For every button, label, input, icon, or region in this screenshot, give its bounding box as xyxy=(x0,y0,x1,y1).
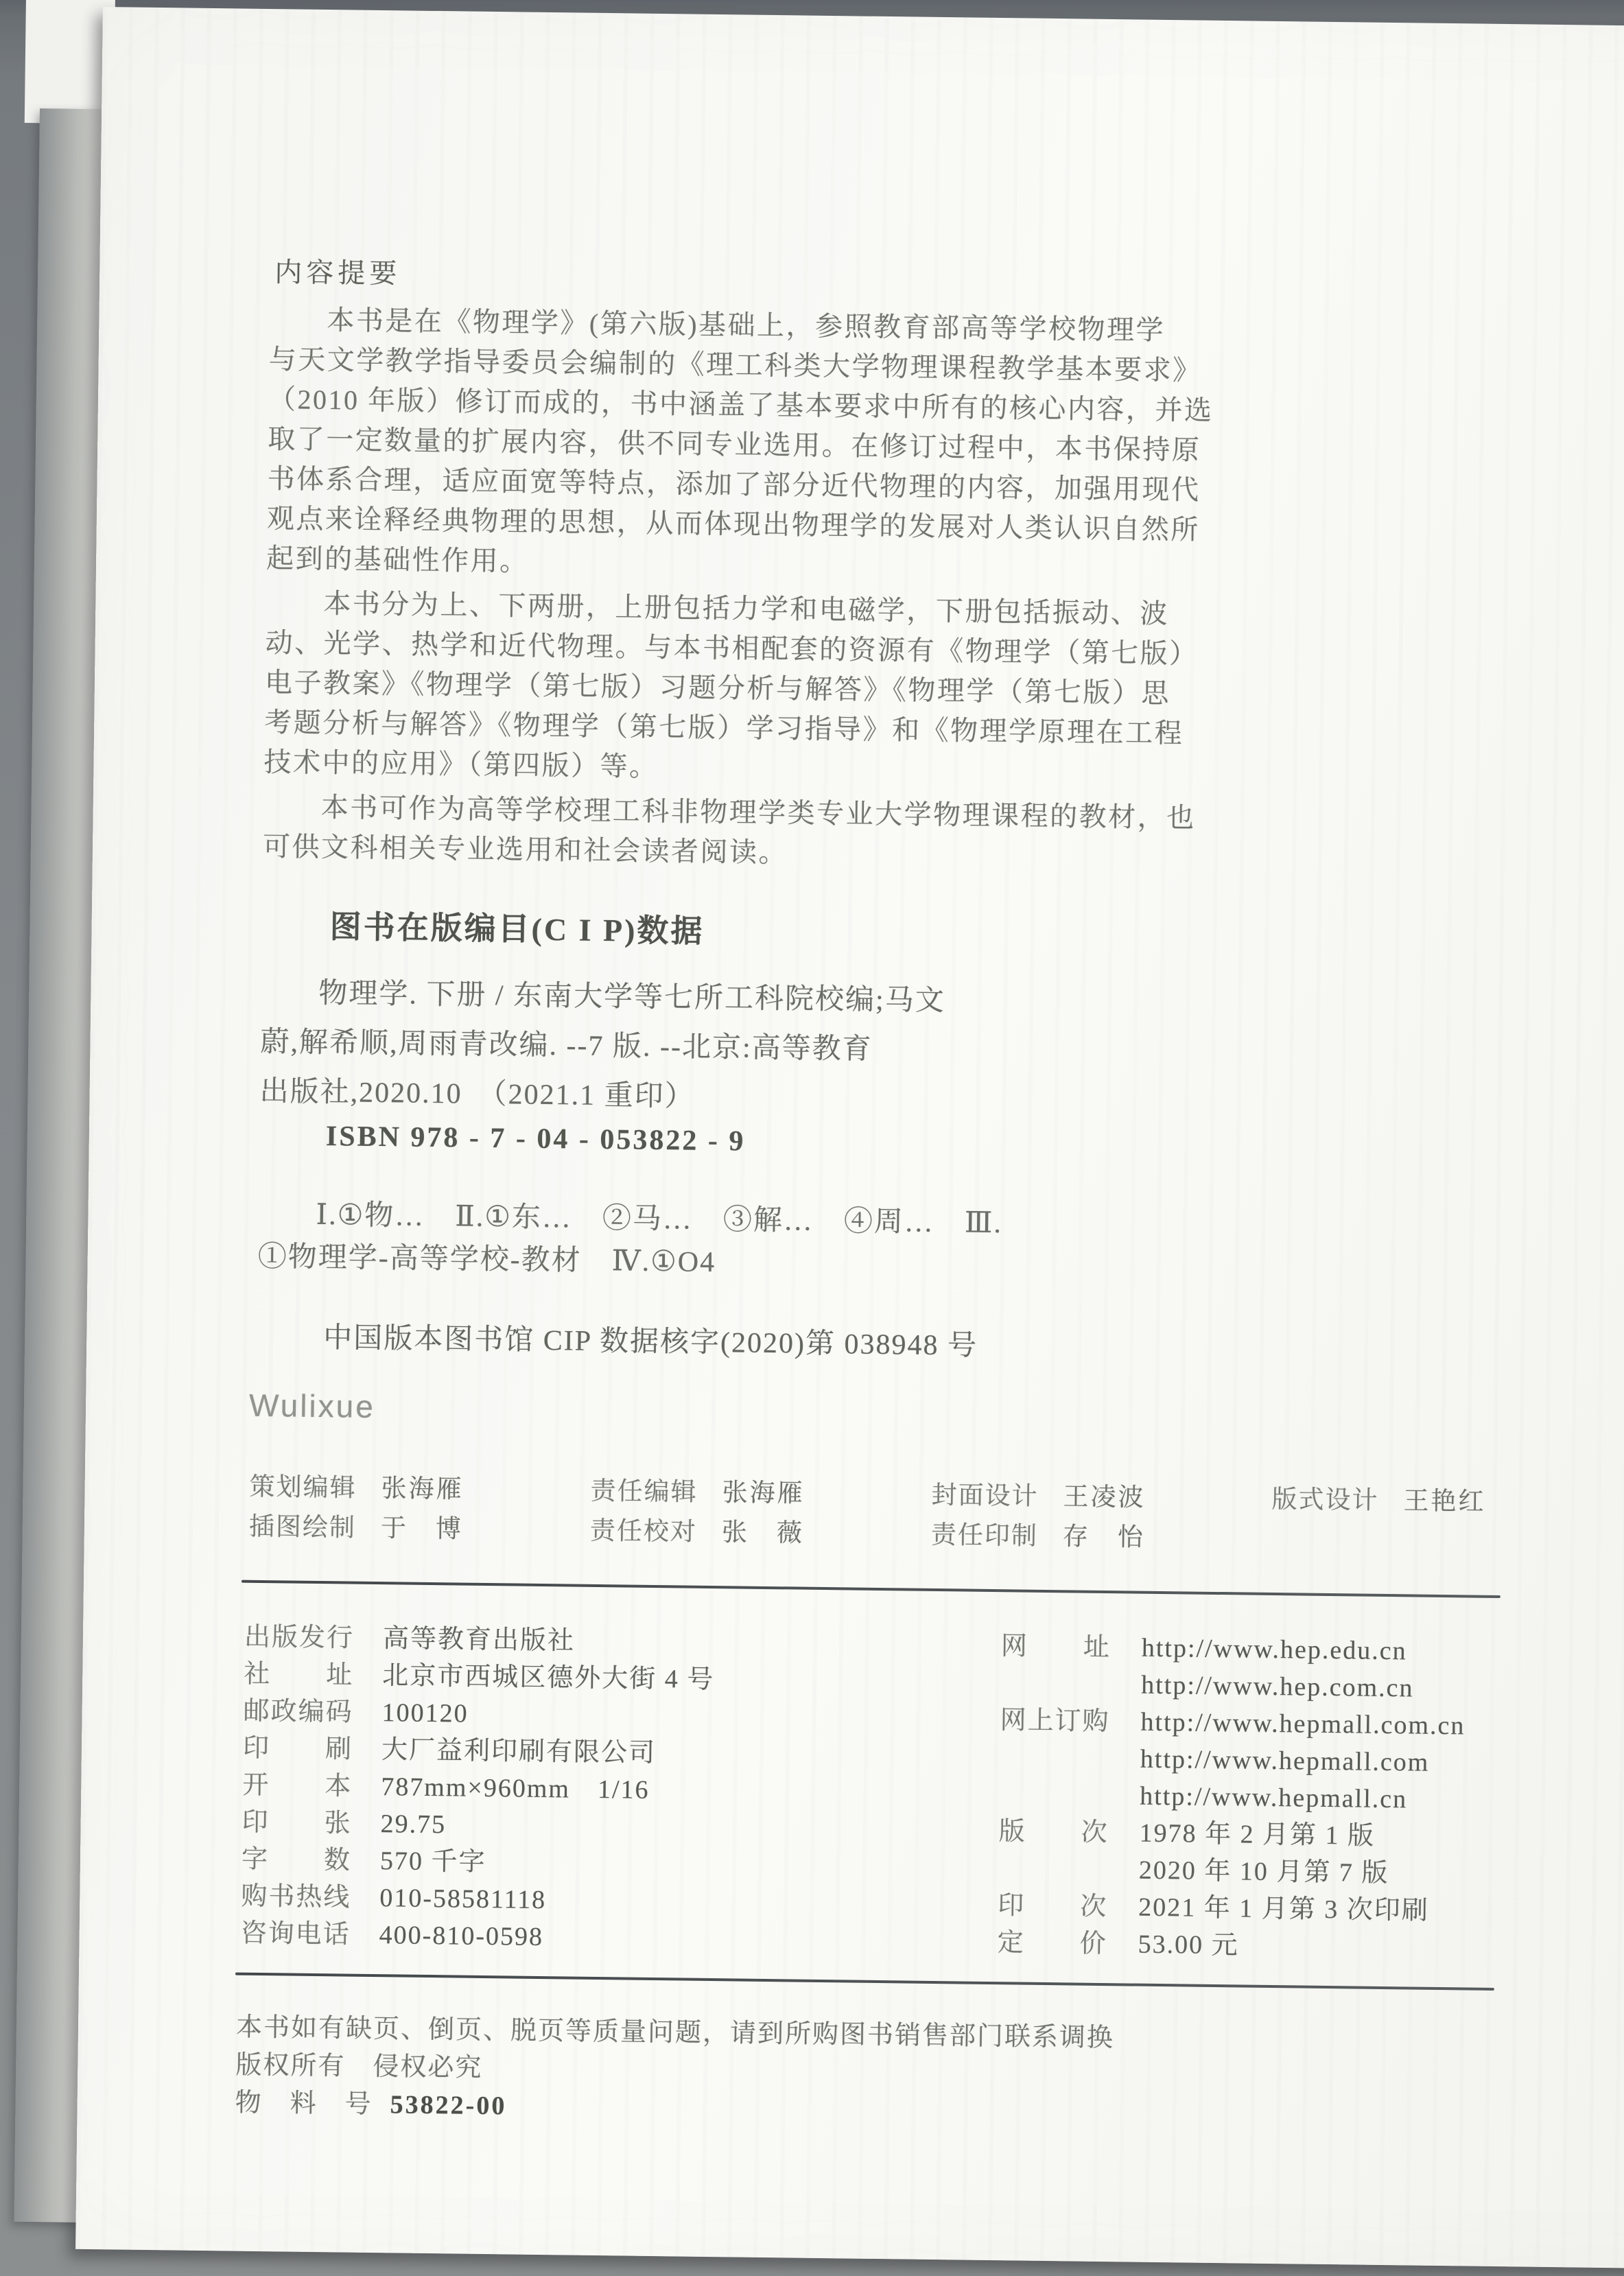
colophon-row: 咨询电话400-810-0598 xyxy=(240,1915,711,1958)
summary-paragraphs: 本书是在《物理学》(第六版)基础上，参照教育部高等学校物理学与天文学教学指导委员… xyxy=(263,300,1214,878)
credit-role-label: 策划编辑 xyxy=(249,1473,356,1503)
colophon-row: 印 次2021 年 1 月第 3 次印刷 xyxy=(998,1887,1463,1929)
text-line: 蔚,解希顺,周雨青改编. --7 版. --北京:高等教育 xyxy=(260,1018,945,1075)
credit-role-label: 插图绘制 xyxy=(249,1513,356,1542)
paper-sheet: 内容提要 本书是在《物理学》(第六版)基础上，参照教育部高等学校物理学与天文学教… xyxy=(75,7,1624,2269)
colophon-label: 印 张 xyxy=(242,1804,381,1842)
colophon-value: 2021 年 1 月第 3 次印刷 xyxy=(1138,1893,1429,1925)
colophon-value: 29.75 xyxy=(380,1809,446,1839)
colophon-value: 400-810-0598 xyxy=(379,1921,543,1951)
credit-person-name: 存 怡 xyxy=(1063,1523,1145,1551)
colophon-row: 出版发行高等教育出版社 xyxy=(244,1619,716,1661)
credit-role-label: 版式设计 xyxy=(1271,1486,1378,1515)
colophon-label: 购书热线 xyxy=(241,1878,380,1916)
colophon-value: http://www.hep.edu.cn xyxy=(1142,1634,1407,1666)
credit-cell: 封面设计王凌波 xyxy=(931,1479,1146,1516)
material-number-label: 物 料 号 xyxy=(235,2089,373,2119)
credit-person-name: 于 博 xyxy=(381,1514,463,1543)
colophon-row: 印 刷大厂益利印刷有限公司 xyxy=(243,1730,714,1772)
colophon-row: 网 址http://www.hep.edu.cn xyxy=(1001,1628,1466,1670)
colophon-row: http://www.hepmall.cn xyxy=(999,1776,1464,1818)
cip-registry-line: 中国版本图书馆 CIP 数据核字(2020)第 038948 号 xyxy=(323,1315,978,1364)
colophon-row: 社 址北京市西城区德外大街 4 号 xyxy=(244,1656,715,1698)
colophon-label: 社 址 xyxy=(244,1656,383,1694)
colophon-row: http://www.hepmall.com xyxy=(1000,1739,1465,1781)
colophon-label: 版 次 xyxy=(998,1813,1140,1852)
credit-person-name: 张海雁 xyxy=(381,1475,463,1503)
colophon-label: 定 价 xyxy=(997,1924,1138,1963)
divider-bottom xyxy=(235,1973,1494,1991)
credit-cell: 责任编辑张海雁 xyxy=(590,1475,805,1512)
colophon-label: 字 数 xyxy=(242,1841,381,1879)
credit-person-name: 王凌波 xyxy=(1063,1483,1145,1512)
credit-role-label: 责任编辑 xyxy=(590,1477,697,1507)
credit-cell: 策划编辑张海雁 xyxy=(249,1470,464,1507)
cip-description: 物理学. 下册 / 东南大学等七所工科院校编;马文蔚,解希顺,周雨青改编. --… xyxy=(259,968,945,1125)
cip-classification: Ⅰ.①物… Ⅱ.①东… ②马… ③解… ④周… Ⅲ.①物理学-高等学校-教材 Ⅳ… xyxy=(257,1193,1002,1287)
colophon-label: 咨询电话 xyxy=(240,1915,379,1954)
colophon-value: 高等教育出版社 xyxy=(383,1624,576,1655)
pinyin-title: Wulixue xyxy=(249,1387,375,1425)
colophon-label: 邮政编码 xyxy=(243,1693,382,1731)
colophon-right-column: 网 址http://www.hep.edu.cnhttp://www.hep.c… xyxy=(997,1628,1466,1967)
colophon-row: 购书热线010-58581118 xyxy=(241,1878,712,1921)
scanned-copyright-page: 内容提要 本书是在《物理学》(第六版)基础上，参照教育部高等学校物理学与天文学教… xyxy=(0,0,1624,2276)
colophon-value: 570 千字 xyxy=(380,1846,486,1877)
credit-cell: 插图绘制于 博 xyxy=(249,1510,464,1547)
colophon-label: 网 址 xyxy=(1001,1628,1142,1667)
colophon-label: 印 次 xyxy=(998,1887,1139,1926)
material-number-value: 53822-00 xyxy=(390,2090,506,2120)
colophon-label: 网上订购 xyxy=(1000,1702,1141,1741)
quality-notice: 本书如有缺页、倒页、脱页等质量问题，请到所购图书销售部门联系调换版权所有 侵权必… xyxy=(235,2009,1114,2133)
credit-role-label: 责任印制 xyxy=(931,1521,1038,1551)
colophon-row: 开 本787mm×960mm 1/16 xyxy=(242,1767,714,1809)
text-line: ①物理学-高等学校-教材 Ⅳ.①O4 xyxy=(257,1236,1002,1287)
divider-top xyxy=(242,1580,1501,1598)
credit-role-label: 责任校对 xyxy=(590,1517,697,1547)
credit-role-label: 封面设计 xyxy=(931,1481,1038,1511)
colophon-label: 印 刷 xyxy=(243,1730,382,1768)
colophon-row: 版 次1978 年 2 月第 1 版 xyxy=(998,1813,1463,1855)
colophon-left-column: 出版发行高等教育出版社社 址北京市西城区德外大街 4 号邮政编码100120印 … xyxy=(240,1619,715,1958)
colophon-row: 印 张29.75 xyxy=(242,1804,713,1846)
colophon-value: http://www.hepmall.cn xyxy=(1140,1782,1407,1814)
text-line: 物理学. 下册 / 东南大学等七所工科院校编;马文 xyxy=(261,968,945,1026)
text-line: 出版社,2020.10 （2021.1 重印） xyxy=(259,1067,944,1125)
colophon-value: 010-58581118 xyxy=(379,1884,546,1914)
colophon-label: 出版发行 xyxy=(244,1619,384,1657)
colophon-value: 2020 年 10 月第 7 版 xyxy=(1139,1856,1389,1888)
colophon-row: 邮政编码100120 xyxy=(243,1693,714,1735)
colophon-value: 787mm×960mm 1/16 xyxy=(381,1772,650,1805)
colophon-value: 1978 年 2 月第 1 版 xyxy=(1139,1819,1375,1851)
colophon-value: http://www.hepmall.com xyxy=(1140,1745,1430,1777)
colophon-row: 定 价53.00 元 xyxy=(997,1924,1462,1967)
colophon-row: 字 数570 千字 xyxy=(242,1841,713,1884)
colophon-value: http://www.hep.com.cn xyxy=(1141,1671,1414,1703)
credit-person-name: 王艳红 xyxy=(1403,1487,1485,1516)
colophon-row: http://www.hep.com.cn xyxy=(1000,1665,1466,1707)
credit-person-name: 张海雁 xyxy=(722,1479,804,1507)
credit-cell: 责任印制存 怡 xyxy=(931,1518,1146,1556)
colophon-value: 53.00 元 xyxy=(1138,1930,1239,1960)
summary-heading: 内容提要 xyxy=(274,250,401,291)
colophon-row: 网上订购http://www.hepmall.com.cn xyxy=(1000,1702,1465,1744)
colophon-value: 100120 xyxy=(381,1698,469,1728)
isbn-line: ISBN 978 - 7 - 04 - 053822 - 9 xyxy=(326,1120,746,1158)
colophon-row: 2020 年 10 月第 7 版 xyxy=(998,1850,1463,1892)
colophon-label: 开 本 xyxy=(242,1767,381,1805)
credit-cell: 责任校对张 薇 xyxy=(590,1514,805,1551)
colophon-value: 大厂益利印刷有限公司 xyxy=(381,1735,656,1768)
credit-cell: 版式设计王艳红 xyxy=(1271,1483,1486,1520)
credit-person-name: 张 薇 xyxy=(722,1518,804,1547)
colophon-value: http://www.hepmall.com.cn xyxy=(1140,1708,1465,1741)
colophon-value: 北京市西城区德外大街 4 号 xyxy=(382,1661,714,1694)
cip-heading: 图书在版编目(C I P)数据 xyxy=(329,902,705,952)
